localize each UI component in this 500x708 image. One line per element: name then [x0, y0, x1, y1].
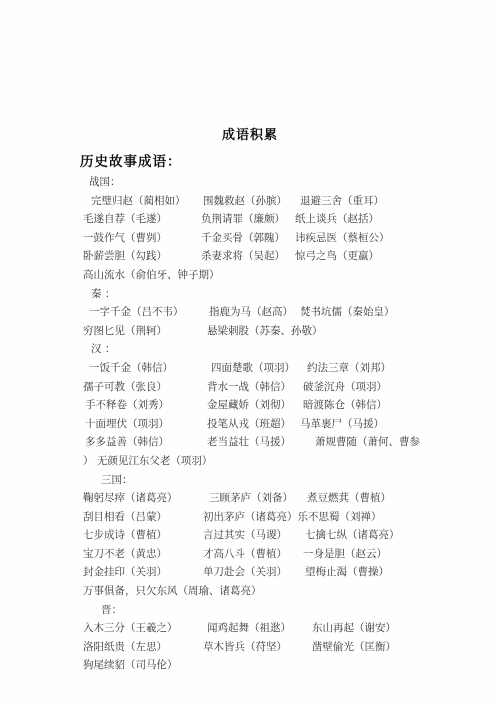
idiom-item: 约法三章（刘邦） — [307, 359, 391, 378]
idiom-item: 穷图匕见（荆轲） — [83, 322, 167, 341]
idiom-item: 初出茅庐（诸葛亮）乐不思蜀（刘禅） — [203, 508, 382, 527]
idiom-item: 一字千金（吕不韦） — [89, 303, 184, 322]
idiom-item: 纸上谈兵（赵括） — [295, 210, 379, 229]
era-label-warring-states: 战国： — [87, 173, 487, 192]
idiom-item: 一身是胆（赵云） — [303, 545, 387, 564]
idiom-item: 指鹿为马（赵高） — [209, 303, 293, 322]
idiom-row: 入木三分（王羲之） 闻鸡起舞（祖逖） 东山再起（谢安） — [87, 619, 487, 638]
era-label-three-kingdoms: 三国： — [87, 471, 487, 490]
idiom-row: 毛遂自荐（毛遂） 负荆请罪（廉颇） 纸上谈兵（赵括） — [87, 210, 487, 229]
idiom-item: 封金挂印（关羽） — [83, 563, 167, 582]
idiom-row: 万事俱备，只欠东风（周瑜、诸葛亮） — [87, 582, 487, 601]
idiom-item: 言过其实（马谡） — [203, 526, 287, 545]
idiom-row: ） 无颜见江东父老（项羽） — [87, 452, 487, 471]
idiom-item: 萧规曹随（萧何、曹参 — [315, 433, 420, 452]
idiom-item: 鞠躬尽瘁（诸葛亮） — [83, 489, 178, 508]
idiom-row: 洛阳纸贵（左思） 草木皆兵（苻坚） 凿壁偷光（匡衡） — [87, 638, 487, 657]
section-heading: 历史故事成语： — [80, 150, 182, 170]
idiom-item: 七步成诗（曹植） — [83, 526, 167, 545]
idiom-item: 悬梁刺股（苏秦、孙敬） — [207, 322, 323, 341]
idiom-row: 一字千金（吕不韦） 指鹿为马（赵高） 焚书坑儒（秦始皇） — [87, 303, 487, 322]
idiom-row: 手不释卷（刘秀） 金屋藏娇（刘彻） 暗渡陈仓（韩信） — [87, 396, 487, 415]
idiom-item: 孺子可教（张良） — [83, 378, 167, 397]
idiom-item: 围魏救赵（孙膑） — [203, 192, 287, 211]
idiom-item: 毛遂自荐（毛遂） — [83, 210, 167, 229]
idiom-list: 战国： 完璧归赵（蔺相如） 围魏救赵（孙膑） 退避三舍（重耳） 毛遂自荐（毛遂）… — [87, 173, 487, 675]
idiom-item: 马革裹尸（马援） — [300, 415, 384, 434]
idiom-item: 背水一战（韩信） — [207, 378, 291, 397]
idiom-item: 狗尾续貂（司马伦） — [83, 656, 178, 675]
idiom-item: 负荆请罪（廉颇） — [201, 210, 285, 229]
idiom-item: 退避三舍（重耳） — [300, 192, 384, 211]
idiom-item: 千金买骨（郭隗） — [201, 229, 285, 248]
idiom-item: 入木三分（王羲之） — [83, 619, 178, 638]
idiom-row: 宝刀不老（黄忠） 才高八斗（曹植） 一身是胆（赵云） — [87, 545, 487, 564]
idiom-item: 四面楚歌（项羽） — [211, 359, 295, 378]
idiom-item: 单刀赴会（关羽） — [203, 563, 287, 582]
idiom-item: 万事俱备，只欠东风（周瑜、诸葛亮） — [83, 582, 262, 601]
idiom-row: 十面埋伏（项羽） 投笔从戎（班超） 马革裹尸（马援） — [87, 415, 487, 434]
idiom-row: 多多益善（韩信） 老当益壮（马援） 萧规曹随（萧何、曹参 — [87, 433, 487, 452]
idiom-item: 十面埋伏（项羽） — [85, 415, 169, 434]
idiom-item: 洛阳纸贵（左思） — [83, 638, 167, 657]
idiom-row: 高山流水（俞伯牙、钟子期） — [87, 266, 487, 285]
idiom-item: 凿壁偷光（匡衡） — [312, 638, 396, 657]
idiom-item: 高山流水（俞伯牙、钟子期） — [83, 266, 220, 285]
idiom-row: 刮目相看（吕蒙） 初出茅庐（诸葛亮）乐不思蜀（刘禅） — [87, 508, 487, 527]
idiom-item: 破釜沉舟（项羽） — [303, 378, 387, 397]
idiom-item: 一鼓作气（曹刿） — [83, 229, 167, 248]
idiom-item: 多多益善（韩信） — [85, 433, 169, 452]
idiom-item: 煮豆燃萁（曹植） — [307, 489, 391, 508]
idiom-item: ） 无颜见江东父老（项羽） — [83, 452, 212, 471]
idiom-item: 焚书坑儒（秦始皇） — [300, 303, 395, 322]
page-title: 成语积累 — [0, 124, 500, 143]
idiom-item: 闻鸡起舞（祖逖） — [207, 619, 291, 638]
idiom-item: 七擒七纵（诸葛亮） — [305, 526, 400, 545]
idiom-item: 三顾茅庐（刘备） — [209, 489, 293, 508]
idiom-item: 惊弓之鸟（更羸） — [295, 247, 379, 266]
idiom-item: 才高八斗（曹植） — [203, 545, 287, 564]
idiom-row: 穷图匕见（荆轲） 悬梁刺股（苏秦、孙敬） — [87, 322, 487, 341]
idiom-row: 一饭千金（韩信） 四面楚歌（项羽） 约法三章（刘邦） — [87, 359, 487, 378]
idiom-row: 封金挂印（关羽） 单刀赴会（关羽） 望梅止渴（曹操） — [87, 563, 487, 582]
idiom-row: 卧薪尝胆（勾践） 杀妻求将（吴起） 惊弓之鸟（更羸） — [87, 247, 487, 266]
idiom-item: 手不释卷（刘秀） — [85, 396, 169, 415]
idiom-row: 孺子可教（张良） 背水一战（韩信） 破釜沉舟（项羽） — [87, 378, 487, 397]
idiom-item: 投笔从戎（班超） — [207, 415, 291, 434]
idiom-item: 草木皆兵（苻坚） — [203, 638, 287, 657]
idiom-item: 望梅止渴（曹操） — [305, 563, 389, 582]
idiom-row: 完璧归赵（蔺相如） 围魏救赵（孙膑） 退避三舍（重耳） — [87, 192, 487, 211]
era-label-han: 汉 ： — [87, 340, 487, 359]
idiom-item: 宝刀不老（黄忠） — [83, 545, 167, 564]
idiom-item: 讳疾忌医（蔡桓公） — [295, 229, 390, 248]
idiom-item: 老当益壮（马援） — [207, 433, 291, 452]
idiom-item: 刮目相看（吕蒙） — [83, 508, 167, 527]
idiom-item: 一饭千金（韩信） — [89, 359, 173, 378]
idiom-item: 暗渡陈仓（韩信） — [303, 396, 387, 415]
idiom-row: 鞠躬尽瘁（诸葛亮） 三顾茅庐（刘备） 煮豆燃萁（曹植） — [87, 489, 487, 508]
idiom-item: 完璧归赵（蔺相如） — [91, 192, 186, 211]
era-label-jin: 晋： — [87, 601, 487, 620]
idiom-item: 卧薪尝胆（勾践） — [83, 247, 167, 266]
idiom-item: 杀妻求将（吴起） — [201, 247, 285, 266]
era-label-qin: 秦 ： — [87, 285, 487, 304]
idiom-item: 东山再起（谢安） — [312, 619, 396, 638]
idiom-row: 一鼓作气（曹刿） 千金买骨（郭隗） 讳疾忌医（蔡桓公） — [87, 229, 487, 248]
document-page: 成语积累 历史故事成语： 战国： 完璧归赵（蔺相如） 围魏救赵（孙膑） 退避三舍… — [0, 0, 500, 708]
idiom-row: 狗尾续貂（司马伦） — [87, 656, 487, 675]
idiom-item: 金屋藏娇（刘彻） — [207, 396, 291, 415]
idiom-row: 七步成诗（曹植） 言过其实（马谡） 七擒七纵（诸葛亮） — [87, 526, 487, 545]
